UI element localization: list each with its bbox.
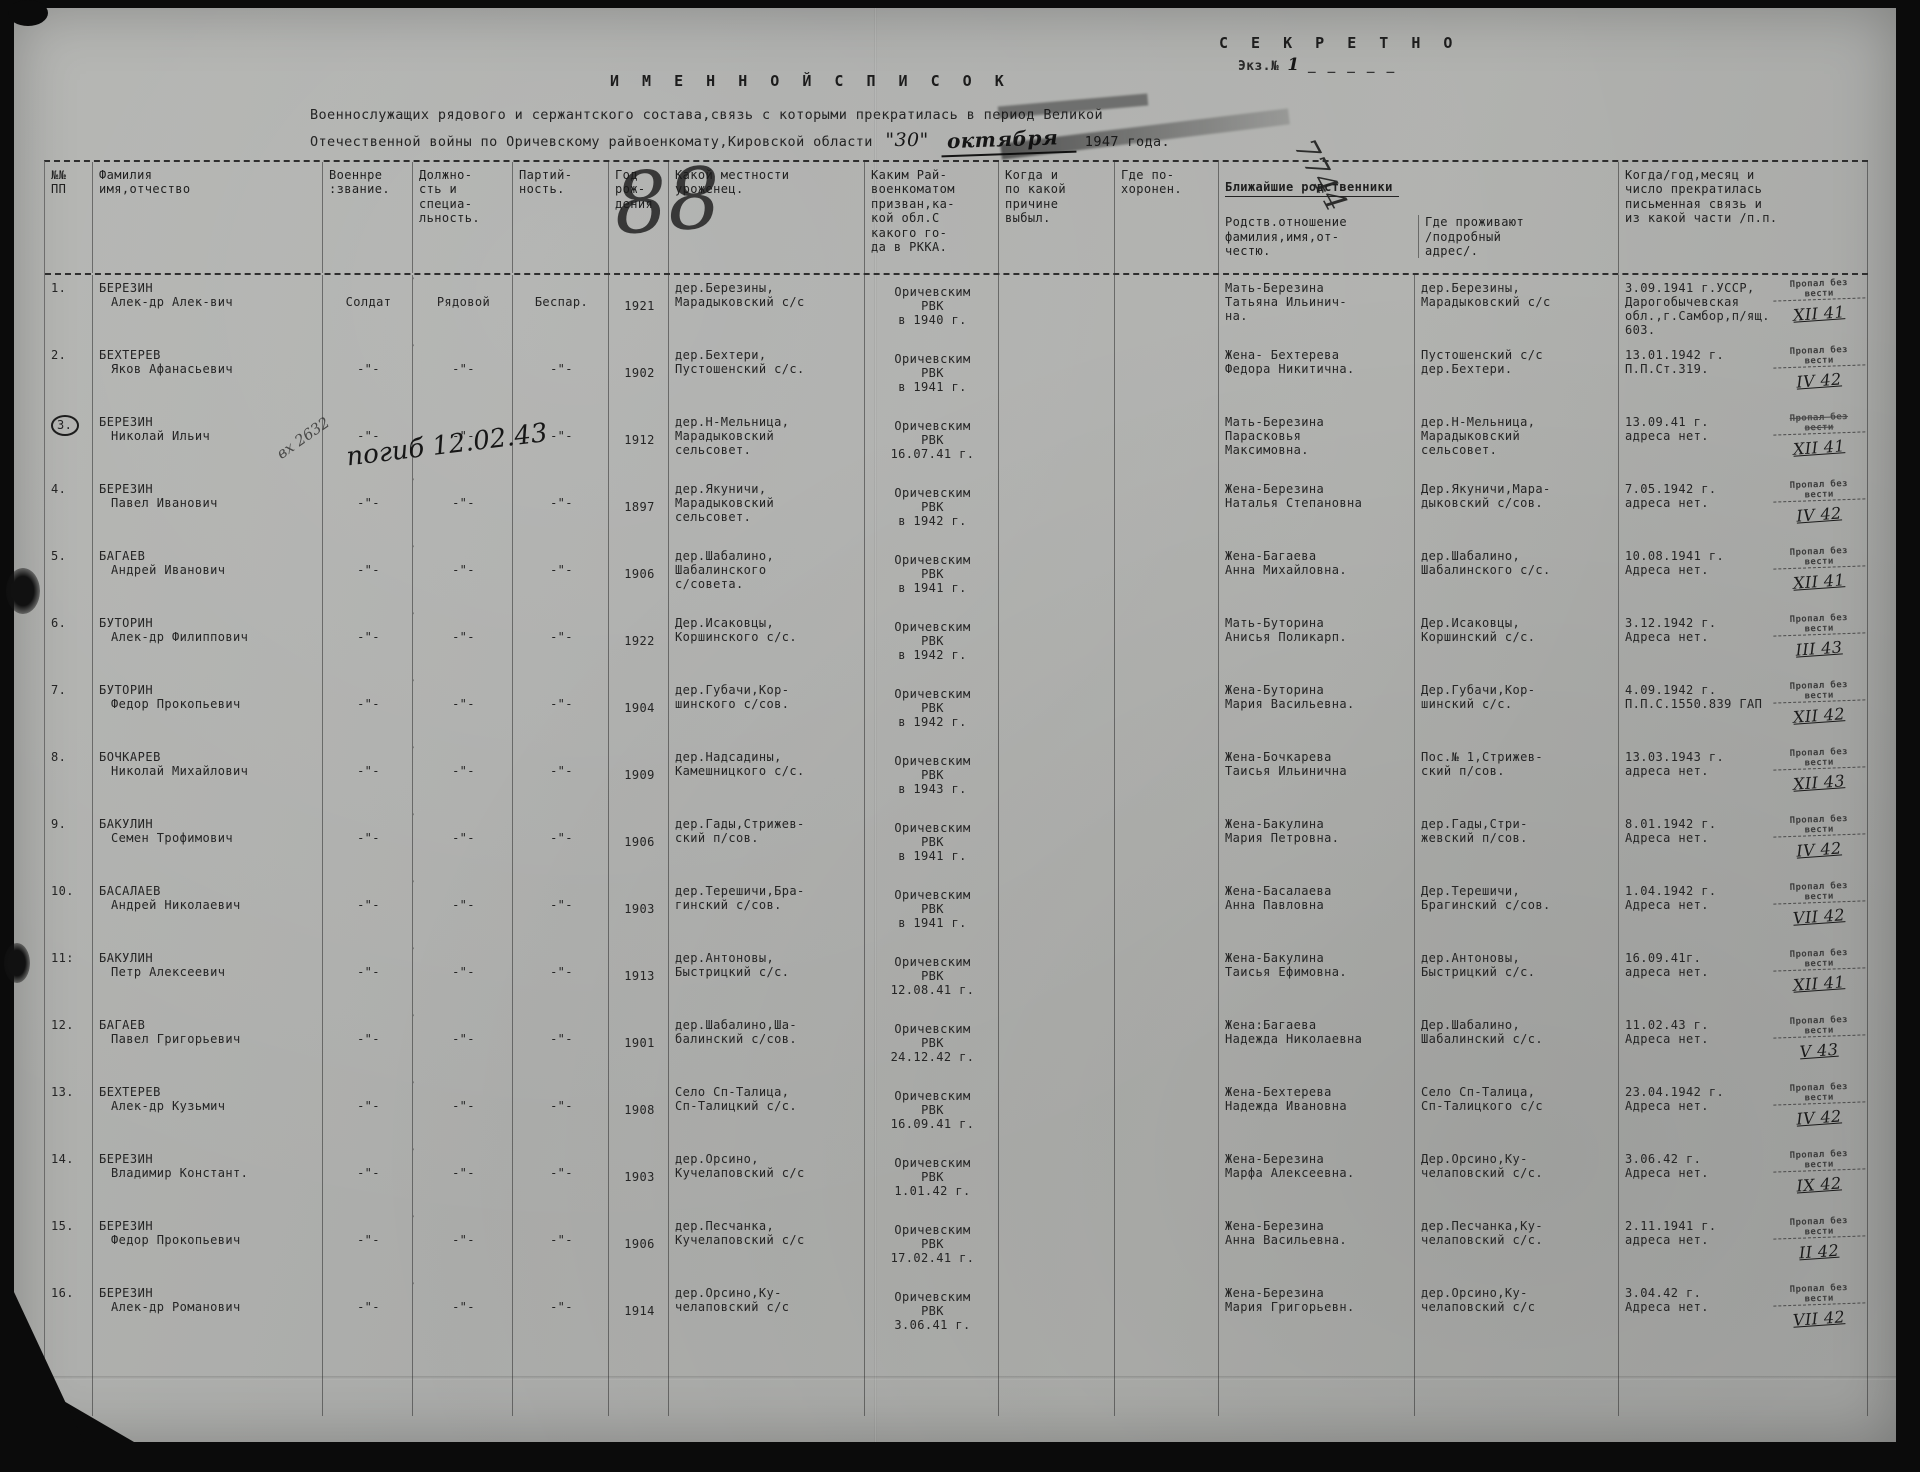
- cell-contact: 3.04.42 г. Адреса нет.Пропал без вестиVI…: [1619, 1280, 1868, 1347]
- cell-rel_address: Дер.Орсино,Ку- челаповский с/с.: [1415, 1146, 1619, 1213]
- last-contact-text: 7.05.1942 г. адреса нет.: [1625, 482, 1717, 510]
- cell-rel_address: Дер.Исаковцы, Коршинский с/с.: [1415, 610, 1619, 677]
- handwritten-checkmark-icon: ✓: [413, 1146, 424, 1185]
- given-name: Яков Афанасьевич: [99, 362, 318, 376]
- cell-drafted: Оричевским РВК в 1942 г.: [865, 677, 999, 744]
- last-contact-text: 2.11.1941 г. адреса нет.: [1625, 1219, 1717, 1247]
- cell-year: 1903: [609, 1146, 669, 1213]
- cell-rank: -"-: [323, 476, 413, 543]
- given-name: Алек-др Кузьмич: [99, 1099, 318, 1113]
- cell-left: [999, 1213, 1115, 1280]
- cell-rel_address: дер.Шабалино, Шабалинского с/с.: [1415, 543, 1619, 610]
- cell-buried: [1115, 1213, 1219, 1280]
- cell-contact: [1619, 1347, 1868, 1416]
- cell-party: -"-: [513, 610, 609, 677]
- cell-contact: 7.05.1942 г. адреса нет.Пропал без вести…: [1619, 476, 1868, 543]
- cell-num: 3.: [45, 409, 93, 476]
- missing-stamp-box: Пропал без вестиII 42: [1773, 1217, 1865, 1261]
- cell-name: БУТОРИНФедор Прокопьевич: [93, 677, 323, 744]
- copy-number-handwritten: 1: [1287, 55, 1299, 75]
- cell-drafted: Оричевским РВК в 1942 г.: [865, 476, 999, 543]
- cell-duty: -"-✓: [413, 744, 513, 811]
- duty-text: -"-: [452, 1300, 475, 1314]
- cell-relative: Жена-Березина Наталья Степановна: [1219, 476, 1415, 543]
- table-row: 13.БЕХТЕРЕВАлек-др Кузьмич-"--"-✓-"-1908…: [45, 1079, 1868, 1146]
- cell-rank: -"-: [323, 1213, 413, 1280]
- cell-birthplace: дер.Песчанка, Кучелаповский с/с: [669, 1213, 865, 1280]
- cell-duty: -"-✓: [413, 677, 513, 744]
- handwritten-date: VII 42: [1772, 904, 1865, 929]
- cell-drafted: Оричевским РВК в 1943 г.: [865, 744, 999, 811]
- given-name: Алек-др Алек-вич: [99, 295, 318, 309]
- missing-stamp-box: Пропал без вестиXII 41: [1773, 413, 1865, 457]
- cell-duty: -"-✓: [413, 1079, 513, 1146]
- handwritten-checkmark-icon: ✓: [413, 342, 424, 381]
- cell-rank: -"-: [323, 1079, 413, 1146]
- document-title: И М Е Н Н О Й С П И С О К: [610, 72, 1011, 90]
- missing-stamp-box: Пропал без вестиXII 42: [1773, 681, 1865, 725]
- given-name: Федор Прокопьевич: [99, 697, 318, 711]
- table-row: 6.БУТОРИНАлек-др Филиппович-"--"-✓-"-192…: [45, 610, 1868, 677]
- table-row: 12.БАГАЕВПавел Григорьевич-"--"-✓-"-1901…: [45, 1012, 1868, 1079]
- cell-duty: -"-✓: [413, 878, 513, 945]
- cell-left: [999, 1280, 1115, 1347]
- duty-text: -"-: [452, 496, 475, 510]
- missing-in-action-stamp: Пропал без вести: [1773, 746, 1866, 770]
- cell-name: БЕРЕЗИНАлек-др Романович: [93, 1280, 323, 1347]
- cell-birthplace: дер.Орсино, Кучелаповский с/с: [669, 1146, 865, 1213]
- cell-party: -"-: [513, 1146, 609, 1213]
- cell-duty: -"-✓: [413, 610, 513, 677]
- table-row: 7.БУТОРИНФедор Прокопьевич-"--"-✓-"-1904…: [45, 677, 1868, 744]
- cell-name: БЕРЕЗИНПавел Иванович: [93, 476, 323, 543]
- cell-left: [999, 1079, 1115, 1146]
- personnel-table: №№ ПП Фамилия имя,отчество Военнре :зван…: [44, 160, 1868, 1416]
- col-header-name: Фамилия имя,отчество: [93, 162, 323, 273]
- cell-name: БЕХТЕРЕВЯков Афанасьевич: [93, 342, 323, 409]
- last-contact-text: 1.04.1942 г. Адреса нет.: [1625, 884, 1717, 912]
- cell-rel_address: дер.Березины, Марадыковский с/с: [1415, 275, 1619, 342]
- cell-buried: [1115, 476, 1219, 543]
- cell-year: 1901: [609, 1012, 669, 1079]
- cell-contact: 8.01.1942 г. Адреса нет.Пропал без вести…: [1619, 811, 1868, 878]
- cell-left: [999, 543, 1115, 610]
- cell-relative: [1219, 1347, 1415, 1416]
- missing-stamp-box: Пропал без вестиXII 43: [1773, 748, 1865, 792]
- cell-rel_address: Пос.№ 1,Стрижев- ский п/сов.: [1415, 744, 1619, 811]
- paper-hole: [6, 568, 40, 614]
- cell-drafted: [865, 1347, 999, 1416]
- cell-birthplace: дер.Надсадины, Камешницкого с/с.: [669, 744, 865, 811]
- cell-duty: -"-✓: [413, 1213, 513, 1280]
- row-number: 14.: [51, 1152, 74, 1166]
- cell-buried: [1115, 610, 1219, 677]
- last-contact-text: 13.03.1943 г. адреса нет.: [1625, 750, 1724, 778]
- missing-stamp-box: Пропал без вестиIII 43: [1773, 614, 1865, 658]
- cell-drafted: Оричевским РВК в 1941 г.: [865, 878, 999, 945]
- row-number: 5.: [51, 549, 66, 563]
- handwritten-checkmark-icon: ✓: [413, 811, 424, 850]
- given-name: Павел Григорьевич: [99, 1032, 318, 1046]
- handwritten-checkmark-icon: ✓: [413, 543, 424, 582]
- cell-duty: -"-✓: [413, 945, 513, 1012]
- missing-in-action-stamp: Пропал без вести: [1773, 612, 1866, 636]
- last-contact-text: 11.02.43 г. Адреса нет.: [1625, 1018, 1709, 1046]
- cell-birthplace: дер.Губачи,Кор- шинского с/сов.: [669, 677, 865, 744]
- last-contact-text: 3.09.1941 г.УССР, Дарогобычевская обл.,г…: [1625, 281, 1770, 337]
- cell-year: 1906: [609, 1213, 669, 1280]
- surname: БЕРЕЗИН: [99, 415, 318, 429]
- duty-text: -"-: [452, 697, 475, 711]
- cell-left: [999, 476, 1115, 543]
- row-number: 2.: [51, 348, 66, 362]
- cell-contact: 4.09.1942 г. П.П.С.1550.839 ГАППропал бе…: [1619, 677, 1868, 744]
- col-header-num: №№ ПП: [45, 162, 93, 273]
- cell-drafted: Оричевским РВК 12.08.41 г.: [865, 945, 999, 1012]
- duty-text: -"-: [452, 362, 475, 376]
- cell-rank: -"-: [323, 543, 413, 610]
- cell-duty: [413, 1347, 513, 1416]
- table-row: 15.БЕРЕЗИНФедор Прокопьевич-"--"-✓-"-190…: [45, 1213, 1868, 1280]
- cell-duty: -"-✓: [413, 476, 513, 543]
- cell-drafted: Оричевским РВК 16.09.41 г.: [865, 1079, 999, 1146]
- duty-text: -"-: [452, 1099, 475, 1113]
- cell-relative: Жена-Березина Марфа Алексеевна.: [1219, 1146, 1415, 1213]
- handwritten-date: XII 43: [1772, 770, 1865, 795]
- row-number: 6.: [51, 616, 66, 630]
- surname: БЕРЕЗИН: [99, 1152, 318, 1166]
- cell-year: 1913: [609, 945, 669, 1012]
- cell-num: 11:: [45, 945, 93, 1012]
- table-row: 10.БАСАЛАЕВАндрей Николаевич-"--"-✓-"-19…: [45, 878, 1868, 945]
- cell-party: -"-: [513, 1280, 609, 1347]
- duty-text: -"-: [452, 630, 475, 644]
- row-number: 10.: [51, 884, 74, 898]
- col-header-drafted: Каким Рай- военкоматом призван,ка- кой о…: [865, 162, 999, 273]
- cell-contact: 3.12.1942 г. Адреса нет.Пропал без вести…: [1619, 610, 1868, 677]
- last-contact-text: 3.04.42 г. Адреса нет.: [1625, 1286, 1709, 1314]
- cell-buried: [1115, 744, 1219, 811]
- cell-party: -"-: [513, 1079, 609, 1146]
- missing-in-action-stamp: Пропал без вести: [1773, 1148, 1866, 1172]
- cell-left: [999, 1146, 1115, 1213]
- col-header-rel-address: Где проживают /подробный адрес/.: [1418, 215, 1618, 258]
- given-name: Владимир Констант.: [99, 1166, 318, 1180]
- cell-rel_address: [1415, 1347, 1619, 1416]
- surname: БАГАЕВ: [99, 1018, 318, 1032]
- cell-name: БУТОРИНАлек-др Филиппович: [93, 610, 323, 677]
- cell-contact: 13.01.1942 г. П.П.Ст.319.Пропал без вест…: [1619, 342, 1868, 409]
- table-row: 4.БЕРЕЗИНПавел Иванович-"--"-✓-"-1897дер…: [45, 476, 1868, 543]
- surname: БЕРЕЗИН: [99, 482, 318, 496]
- given-name: Семен Трофимович: [99, 831, 318, 845]
- handwritten-checkmark-icon: ✓: [413, 878, 424, 917]
- handwritten-checkmark-icon: ✓: [413, 275, 424, 314]
- cell-year: 1897: [609, 476, 669, 543]
- cell-drafted: Оричевским РВК 16.07.41 г.: [865, 409, 999, 476]
- duty-text: -"-: [452, 1032, 475, 1046]
- row-number: 4.: [51, 482, 66, 496]
- last-contact-text: 10.08.1941 г. Адреса нет.: [1625, 549, 1724, 577]
- cell-left: [999, 1347, 1115, 1416]
- handwritten-date: V 43: [1772, 1038, 1865, 1063]
- cell-party: -"-: [513, 878, 609, 945]
- cell-buried: [1115, 342, 1219, 409]
- table-row: 3.БЕРЕЗИННиколай Ильич-"--"--"-1912дер.Н…: [45, 409, 1868, 476]
- cell-name: БЕРЕЗИНАлек-др Алек-вич: [93, 275, 323, 342]
- handwritten-day: "30": [881, 129, 932, 151]
- cell-year: 1904: [609, 677, 669, 744]
- classification-stamp: С Е К Р Е Т Н О: [1219, 34, 1459, 52]
- missing-in-action-stamp: Пропал без вести: [1773, 947, 1866, 971]
- cell-drafted: Оричевским РВК в 1941 г.: [865, 342, 999, 409]
- cell-name: БАКУЛИНСемен Трофимович: [93, 811, 323, 878]
- row-number: 3.: [51, 415, 79, 436]
- cell-relative: Жена-Березина Мария Григорьевн.: [1219, 1280, 1415, 1347]
- row-number: 1.: [51, 281, 66, 295]
- col-header-duty: Должно- сть и специа- льность.: [413, 162, 513, 273]
- missing-stamp-box: Пропал без вестиIX 42: [1773, 1150, 1865, 1194]
- cell-party: -"-: [513, 1012, 609, 1079]
- last-contact-text: 3.06.42 г. Адреса нет.: [1625, 1152, 1709, 1180]
- cell-name: БЕРЕЗИНФедор Прокопьевич: [93, 1213, 323, 1280]
- duty-text: -"-: [452, 965, 475, 979]
- subtitle-line1: Военнослужащих рядового и сержантского с…: [310, 107, 1103, 123]
- col-header-relatives-group: Ближайшие родственники Родств.отношение …: [1219, 162, 1619, 273]
- paper-tear-top-left: [8, 0, 48, 26]
- duty-text: -"-: [452, 563, 475, 577]
- cell-birthplace: дер.Березины, Марадыковский с/с: [669, 275, 865, 342]
- row-number: 12.: [51, 1018, 74, 1032]
- last-contact-text: 3.12.1942 г. Адреса нет.: [1625, 616, 1717, 644]
- handwritten-date: II 42: [1772, 1239, 1865, 1264]
- cell-num: 2.: [45, 342, 93, 409]
- cell-rel_address: дер.Орсино,Ку- челаповский с/с: [1415, 1280, 1619, 1347]
- cell-party: [513, 1347, 609, 1416]
- cell-left: [999, 945, 1115, 1012]
- missing-stamp-box: Пропал без вестиV 43: [1773, 1016, 1865, 1060]
- cell-relative: Жена-Бехтерева Надежда Ивановна: [1219, 1079, 1415, 1146]
- cell-name: БАГАЕВАндрей Иванович: [93, 543, 323, 610]
- torn-corner: [14, 1292, 84, 1442]
- cell-party: Беспар.: [513, 275, 609, 342]
- cell-buried: [1115, 1079, 1219, 1146]
- handwritten-date: XII 41: [1772, 569, 1865, 594]
- handwritten-checkmark-icon: ✓: [413, 945, 424, 984]
- cell-relative: Жена-Бакулина Таисья Ефимовна.: [1219, 945, 1415, 1012]
- cell-relative: Жена-Басалаева Анна Павловна: [1219, 878, 1415, 945]
- cell-buried: [1115, 945, 1219, 1012]
- duty-text: Рядовой: [437, 295, 490, 309]
- cell-buried: [1115, 1280, 1219, 1347]
- cell-buried: [1115, 878, 1219, 945]
- cell-year: 1921: [609, 275, 669, 342]
- cell-num: 5.: [45, 543, 93, 610]
- cell-birthplace: [669, 1347, 865, 1416]
- cell-rank: -"-: [323, 744, 413, 811]
- copy-number: Экз.№ 1 _ _ _ _ _: [1238, 55, 1396, 75]
- surname: БЕРЕЗИН: [99, 1219, 318, 1233]
- cell-num: 10.: [45, 878, 93, 945]
- cell-rank: -"-: [323, 342, 413, 409]
- col-header-contact: Когда/год,месяц и число прекратилась пис…: [1619, 162, 1868, 273]
- surname: БЕРЕЗИН: [99, 281, 318, 295]
- cell-relative: Жена- Бехтерева Федора Никитична.: [1219, 342, 1415, 409]
- cell-num: 7.: [45, 677, 93, 744]
- given-name: Андрей Николаевич: [99, 898, 318, 912]
- cell-contact: 11.02.43 г. Адреса нет.Пропал без вестиV…: [1619, 1012, 1868, 1079]
- last-contact-text: 13.09.41 г. адреса нет.: [1625, 415, 1709, 443]
- handwritten-checkmark-icon: ✓: [413, 1012, 424, 1051]
- cell-num: 8.: [45, 744, 93, 811]
- last-contact-text: 13.01.1942 г. П.П.Ст.319.: [1625, 348, 1724, 376]
- relatives-subcolumns: Родств.отношение фамилия,имя,от- честю. …: [1219, 215, 1618, 258]
- cell-name: БЕРЕЗИНВладимир Констант.: [93, 1146, 323, 1213]
- table-row: 9.БАКУЛИНСемен Трофимович-"--"-✓-"-1906д…: [45, 811, 1868, 878]
- cell-left: [999, 744, 1115, 811]
- cell-contact: 13.09.41 г. адреса нет.Пропал без вестиX…: [1619, 409, 1868, 476]
- handwritten-checkmark-icon: ✓: [413, 610, 424, 649]
- handwritten-date: XII 41: [1772, 971, 1865, 996]
- missing-stamp-box: Пропал без вестиXII 41: [1773, 547, 1865, 591]
- cell-birthplace: Дер.Исаковцы, Коршинского с/с.: [669, 610, 865, 677]
- cell-relative: Мать-Березина Парасковья Максимовна.: [1219, 409, 1415, 476]
- surname: БАКУЛИН: [99, 951, 318, 965]
- copy-label: Экз.№: [1238, 59, 1279, 74]
- last-contact-text: 16.09.41г. адреса нет.: [1625, 951, 1709, 979]
- missing-in-action-stamp: Пропал без вести: [1773, 1215, 1866, 1239]
- cell-rank: -"-: [323, 1012, 413, 1079]
- cell-name: БОЧКАРЕВНиколай Михайлович: [93, 744, 323, 811]
- cell-drafted: Оричевским РВК в 1941 г.: [865, 811, 999, 878]
- cell-party: -"-: [513, 1213, 609, 1280]
- cell-contact: 1.04.1942 г. Адреса нет.Пропал без вести…: [1619, 878, 1868, 945]
- cell-birthplace: дер.Гады,Стрижев- ский п/сов.: [669, 811, 865, 878]
- cell-duty: -"-✓: [413, 811, 513, 878]
- cell-birthplace: дер.Антоновы, Быстрицкий с/с.: [669, 945, 865, 1012]
- cell-buried: [1115, 409, 1219, 476]
- paper-sheet: С Е К Р Е Т Н О Экз.№ 1 _ _ _ _ _ И М Е …: [14, 8, 1896, 1442]
- cell-rel_address: Дер.Терешичи, Брагинский с/сов.: [1415, 878, 1619, 945]
- handwritten-checkmark-icon: ✓: [413, 1079, 424, 1118]
- missing-in-action-stamp: Пропал без вести: [1773, 1282, 1866, 1306]
- cell-duty: -"-✓: [413, 543, 513, 610]
- missing-in-action-stamp: Пропал без вести: [1773, 813, 1866, 837]
- missing-stamp-box: Пропал без вестиVII 42: [1773, 1284, 1865, 1328]
- duty-text: -"-: [452, 1233, 475, 1247]
- cell-contact: 13.03.1943 г. адреса нет.Пропал без вест…: [1619, 744, 1868, 811]
- cell-num: 4.: [45, 476, 93, 543]
- cell-rank: Солдат: [323, 275, 413, 342]
- empty-table-row: [45, 1347, 1868, 1416]
- cell-party: -"-: [513, 543, 609, 610]
- col-header-left: Когда и по какой причине выбыл.: [999, 162, 1115, 273]
- cell-rank: -"-: [323, 610, 413, 677]
- cell-contact: 23.04.1942 г. Адреса нет.Пропал без вест…: [1619, 1079, 1868, 1146]
- cell-rank: -"-: [323, 811, 413, 878]
- missing-stamp-box: Пропал без вестиIV 42: [1773, 815, 1865, 859]
- handwritten-checkmark-icon: ✓: [413, 677, 424, 716]
- table-row: 16.БЕРЕЗИНАлек-др Романович-"--"-✓-"-191…: [45, 1280, 1868, 1347]
- cell-contact: 10.08.1941 г. Адреса нет.Пропал без вест…: [1619, 543, 1868, 610]
- surname: БАКУЛИН: [99, 817, 318, 831]
- cell-rank: -"-: [323, 945, 413, 1012]
- cell-party: -"-: [513, 811, 609, 878]
- cell-buried: [1115, 1347, 1219, 1416]
- cell-rank: -"-: [323, 1280, 413, 1347]
- cell-birthplace: дер.Орсино,Ку- челаповский с/с: [669, 1280, 865, 1347]
- cell-year: 1906: [609, 811, 669, 878]
- cell-buried: [1115, 1012, 1219, 1079]
- handwritten-checkmark-icon: ✓: [413, 1213, 424, 1252]
- handwritten-date: IV 42: [1772, 1105, 1865, 1130]
- cell-rel_address: Дер.Шабалино, Шабалинский с/с.: [1415, 1012, 1619, 1079]
- handwritten-date: IV 42: [1772, 837, 1865, 862]
- handwritten-date: XII 41: [1772, 435, 1865, 460]
- handwritten-date: IX 42: [1772, 1172, 1865, 1197]
- cell-left: [999, 677, 1115, 744]
- cell-name: БАСАЛАЕВАндрей Николаевич: [93, 878, 323, 945]
- surname: БАГАЕВ: [99, 549, 318, 563]
- cell-party: -"-: [513, 342, 609, 409]
- cell-relative: Жена-Буторина Мария Васильевна.: [1219, 677, 1415, 744]
- cell-rank: [323, 1347, 413, 1416]
- handwritten-date: XII 42: [1772, 703, 1865, 728]
- duty-text: -"-: [452, 831, 475, 845]
- cell-drafted: Оричевским РВК 3.06.41 г.: [865, 1280, 999, 1347]
- given-name: Алек-др Филиппович: [99, 630, 318, 644]
- missing-in-action-stamp: Пропал без вести: [1773, 411, 1866, 435]
- cell-left: [999, 342, 1115, 409]
- cell-buried: [1115, 811, 1219, 878]
- cell-party: -"-: [513, 476, 609, 543]
- handwritten-scribble-88: 88: [611, 160, 723, 243]
- cell-duty: Рядовой✓: [413, 275, 513, 342]
- surname: БЕРЕЗИН: [99, 1286, 318, 1300]
- handwritten-date: IV 42: [1772, 368, 1865, 393]
- missing-stamp-box: Пропал без вестиVII 42: [1773, 882, 1865, 926]
- cell-drafted: Оричевским РВК в 1941 г.: [865, 543, 999, 610]
- cell-rel_address: дер.Н-Мельница, Марадыковский сельсовет.: [1415, 409, 1619, 476]
- handwritten-date: IV 42: [1772, 502, 1865, 527]
- cell-num: 9.: [45, 811, 93, 878]
- cell-rel_address: дер.Песчанка,Ку- челаповский с/с.: [1415, 1213, 1619, 1280]
- row-number: 11:: [51, 951, 74, 965]
- cell-rel_address: дер.Антоновы, Быстрицкий с/с.: [1415, 945, 1619, 1012]
- cell-duty: -"-✓: [413, 1012, 513, 1079]
- document-subtitle: Военнослужащих рядового и сержантского с…: [310, 106, 1610, 155]
- paper-hole: [4, 943, 30, 983]
- missing-in-action-stamp: Пропал без вести: [1773, 478, 1866, 502]
- cell-relative: Жена:Багаева Надежда Николаевна: [1219, 1012, 1415, 1079]
- surname: БУТОРИН: [99, 616, 318, 630]
- missing-in-action-stamp: Пропал без вести: [1773, 1014, 1866, 1038]
- cell-relative: Жена-Бакулина Мария Петровна.: [1219, 811, 1415, 878]
- cell-relative: Мать-Буторина Анисья Поликарп.: [1219, 610, 1415, 677]
- cell-buried: [1115, 275, 1219, 342]
- cell-duty: -"-✓: [413, 1146, 513, 1213]
- cell-birthplace: дер.Шабалино,Ша- балинский с/сов.: [669, 1012, 865, 1079]
- missing-stamp-box: Пропал без вестиIV 42: [1773, 346, 1865, 390]
- table-row: 14.БЕРЕЗИНВладимир Констант.-"--"-✓-"-19…: [45, 1146, 1868, 1213]
- cell-relative: Мать-Березина Татьяна Ильинич- на.: [1219, 275, 1415, 342]
- cell-birthplace: дер.Шабалино, Шабалинского с/совета.: [669, 543, 865, 610]
- surname: БАСАЛАЕВ: [99, 884, 318, 898]
- cell-party: -"-: [513, 744, 609, 811]
- surname: БУТОРИН: [99, 683, 318, 697]
- missing-in-action-stamp: Пропал без вести: [1773, 344, 1866, 368]
- col-header-buried: Где по- хоронен.: [1115, 162, 1219, 273]
